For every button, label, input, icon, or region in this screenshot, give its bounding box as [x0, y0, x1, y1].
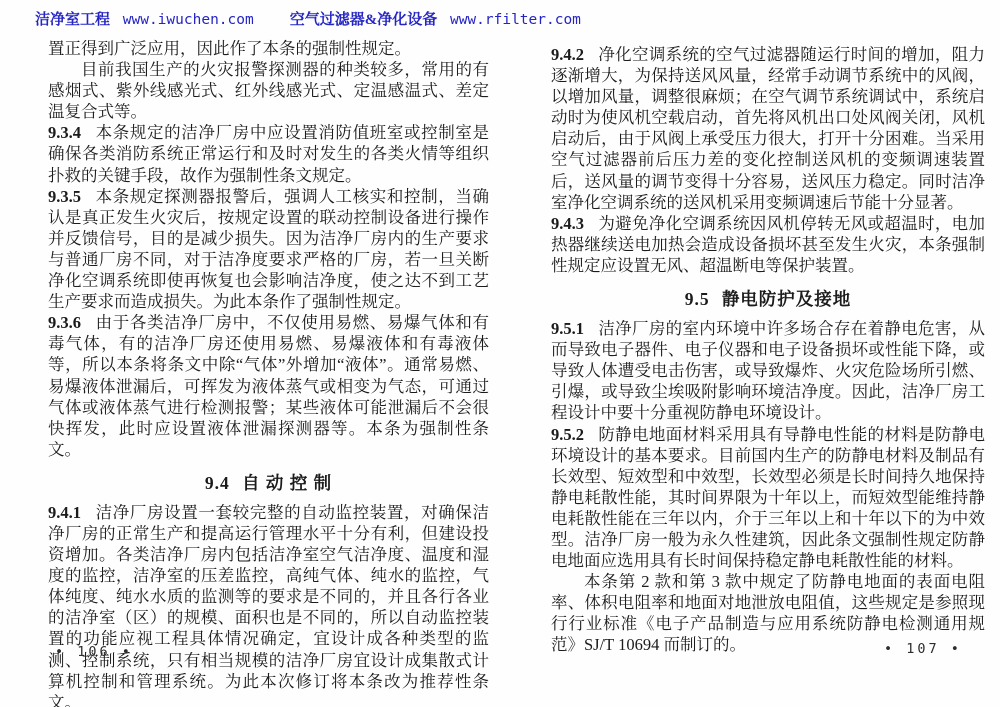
paragraph: 9.3.6由于各类洁净厂房中，不仅使用易燃、易爆气体和有毒气体，有的洁净厂房还使… — [48, 312, 489, 460]
page-right-text-column: 9.4.2净化空调系统的空气过滤器随运行时间的增加，阻力逐渐增大，为保持送风风量… — [551, 44, 985, 656]
paragraph: 9.4.1洁净厂房设置一套较完整的自动监控装置，对确保洁净厂房的正常生产和提高运… — [48, 502, 489, 707]
page-number-left: • 106 • — [55, 644, 133, 660]
clause-number: 9.4.1 — [48, 503, 95, 522]
section-heading: 9.5静电防护及接地 — [551, 288, 985, 310]
header-link-rfilter-url: www.rfilter.com — [450, 12, 581, 28]
clause-number: 9.5.2 — [551, 425, 598, 444]
clause-number: 9.5 — [685, 289, 722, 309]
paragraph: 9.5.2防静电地面材料采用具有导静电性能的材料是防静电环境设计的基本要求。目前… — [551, 424, 985, 572]
page-number-right: • 107 • — [884, 641, 962, 657]
clause-number: 9.5.1 — [551, 319, 598, 338]
clause-number: 9.4 — [205, 473, 242, 493]
clause-number: 9.3.6 — [48, 313, 95, 332]
header-link-rfilter-label: 空气过滤器&净化设备 — [290, 12, 438, 28]
header-link-iwuchen-url: www.iwuchen.com — [123, 12, 254, 28]
clause-number: 9.4.2 — [551, 45, 598, 64]
header-link-rfilter[interactable]: 空气过滤器&净化设备 www.rfilter.com — [290, 8, 581, 28]
paragraph: 9.4.2净化空调系统的空气过滤器随运行时间的增加，阻力逐渐增大，为保持送风风量… — [551, 44, 985, 213]
section-heading: 9.4自 动 控 制 — [48, 472, 489, 494]
paragraph: 9.3.4本条规定的洁净厂房中应设置消防值班室或控制室是确保各类消防系统正常运行… — [48, 122, 489, 185]
site-header: 洁净室工程 www.iwuchen.com 空气过滤器&净化设备 www.rfi… — [35, 8, 581, 28]
paragraph: 9.3.5本条规定探测器报警后，强调人工核实和控制，当确认是真正发生火灾后，按规… — [48, 186, 489, 313]
clause-number: 9.3.5 — [48, 187, 95, 206]
paragraph: 9.4.3为避免净化空调系统因风机停转无风或超温时，电加热器继续送电加热会造成设… — [551, 213, 985, 276]
header-link-iwuchen-label: 洁净室工程 — [35, 12, 110, 28]
clause-number: 9.3.4 — [48, 123, 95, 142]
paragraph: 9.5.1洁净厂房的室内环境中许多场合存在着静电危害，从而导致电子器件、电子仪器… — [551, 318, 985, 423]
page-left-text-column: 置正得到广泛应用，因此作了本条的强制性规定。目前我国生产的火灾报警探测器的种类较… — [48, 38, 489, 707]
paragraph: 目前我国生产的火灾报警探测器的种类较多，常用的有感烟式、紫外线感光式、红外线感光… — [48, 59, 489, 122]
header-link-iwuchen[interactable]: 洁净室工程 www.iwuchen.com — [35, 8, 254, 28]
paragraph: 置正得到广泛应用，因此作了本条的强制性规定。 — [48, 38, 489, 59]
scanned-document-page: 洁净室工程 www.iwuchen.com 空气过滤器&净化设备 www.rfi… — [0, 0, 1000, 707]
clause-number: 9.4.3 — [551, 214, 598, 233]
